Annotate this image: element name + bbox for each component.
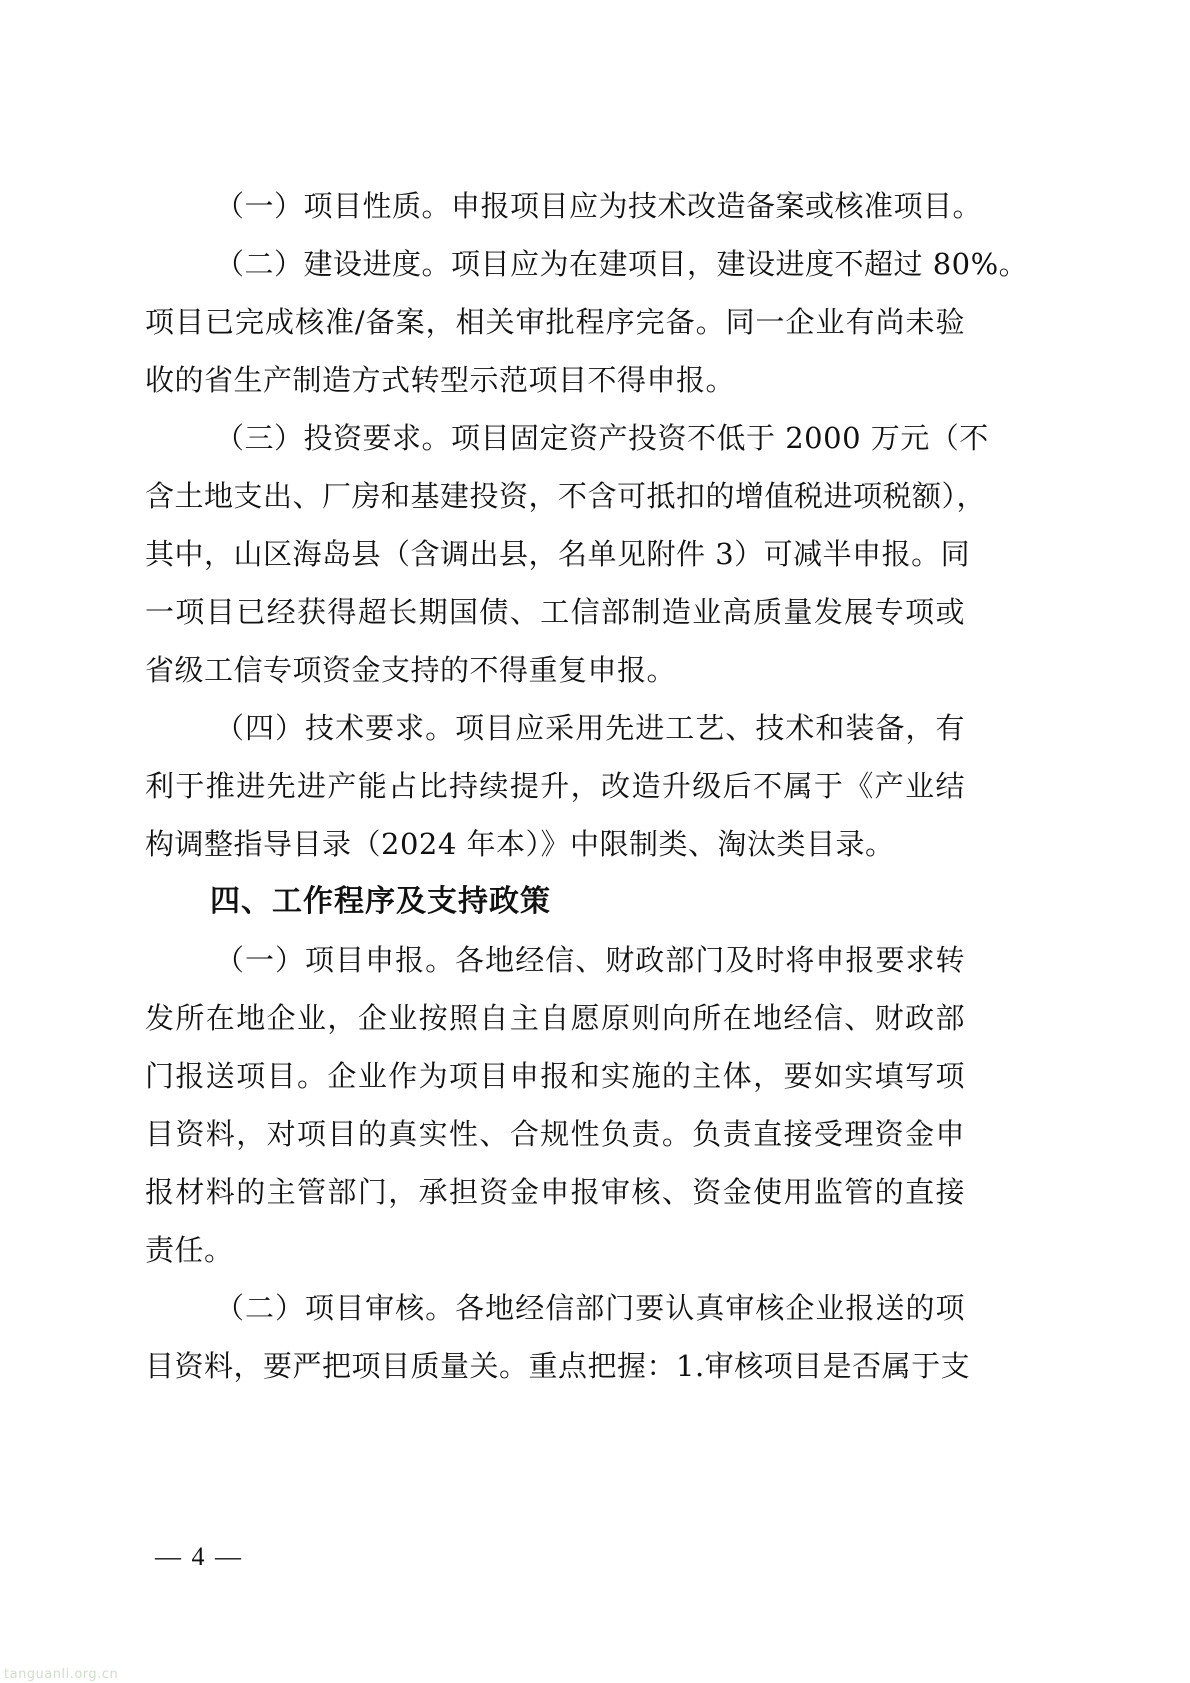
paragraph-line: （二）建设进度。项目应为在建项目，建设进度不超过 80%。 [215, 244, 965, 284]
paragraph-line: 收的省生产制造方式转型示范项目不得申报。 [145, 360, 965, 400]
watermark: tanguanli.org.cn [4, 1667, 118, 1682]
paragraph-line: （一）项目申报。各地经信、财政部门及时将申报要求转 [215, 940, 965, 980]
paragraph-line: 责任。 [145, 1230, 965, 1270]
paragraph-line: 项目已完成核准/备案，相关审批程序完备。同一企业有尚未验 [145, 302, 965, 342]
paragraph-line: 发所在地企业，企业按照自主自愿原则向所在地经信、财政部 [145, 998, 965, 1038]
paragraph-line: 目资料，要严把项目质量关。重点把握：1.审核项目是否属于支 [145, 1346, 965, 1386]
page-number: — 4 — [155, 1540, 243, 1574]
section-heading: 四、工作程序及支持政策 [210, 882, 551, 922]
paragraph-line: （四）技术要求。项目应采用先进工艺、技术和装备，有 [215, 708, 965, 748]
paragraph-line: （二）项目审核。各地经信部门要认真审核企业报送的项 [215, 1288, 965, 1328]
document-page: （一）项目性质。申报项目应为技术改造备案或核准项目。 （二）建设进度。项目应为在… [0, 0, 1190, 1683]
paragraph-line: 利于推进先进产能占比持续提升，改造升级后不属于《产业结 [145, 766, 965, 806]
paragraph-line: 省级工信专项资金支持的不得重复申报。 [145, 650, 965, 690]
paragraph-line: （一）项目性质。申报项目应为技术改造备案或核准项目。 [215, 186, 965, 226]
paragraph-line: 含土地支出、厂房和基建投资，不含可抵扣的增值税进项税额）， [145, 476, 965, 516]
paragraph-line: 门报送项目。企业作为项目申报和实施的主体，要如实填写项 [145, 1056, 965, 1096]
paragraph-line: 目资料，对项目的真实性、合规性负责。负责直接受理资金申 [145, 1114, 965, 1154]
paragraph-line: 其中，山区海岛县（含调出县，名单见附件 3）可减半申报。同 [145, 534, 965, 574]
paragraph-line: 构调整指导目录（2024 年本）》中限制类、淘汰类目录。 [145, 824, 965, 864]
paragraph-line: 一项目已经获得超长期国债、工信部制造业高质量发展专项或 [145, 592, 965, 632]
paragraph-line: 报材料的主管部门，承担资金申报审核、资金使用监管的直接 [145, 1172, 965, 1212]
paragraph-line: （三）投资要求。项目固定资产投资不低于 2000 万元（不 [215, 418, 965, 458]
